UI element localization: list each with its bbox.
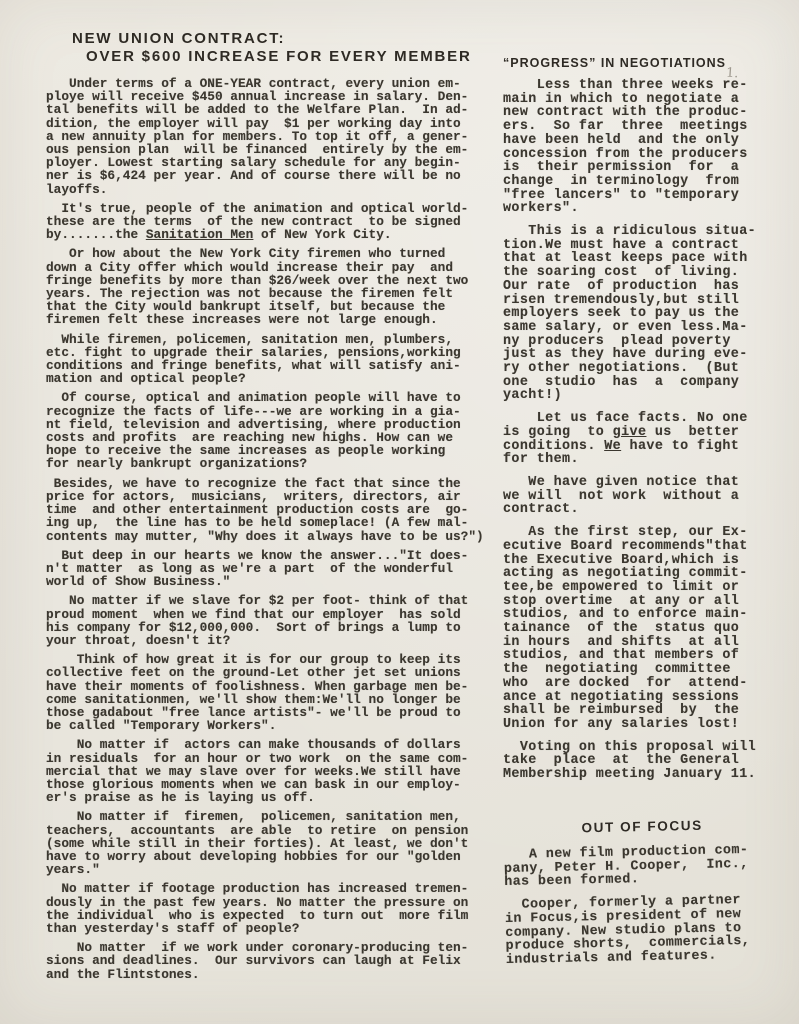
left-headline: NEW UNION CONTRACT: OVER $600 INCREASE F…	[46, 30, 494, 65]
out-of-focus-section: OUT OF FOCUS A new film production com- …	[503, 816, 784, 967]
paragraph: No matter if we slave for $2 per foot- t…	[46, 594, 494, 647]
paragraph: A new film production com- pany, Peter H…	[504, 843, 783, 890]
paragraph: Besides, we have to recognize the fact t…	[46, 477, 494, 543]
paragraph: Less than three weeks re- main in which …	[503, 79, 781, 216]
paragraph: But deep in our hearts we know the answe…	[46, 549, 494, 589]
paragraph: Voting on this proposal will take place …	[503, 741, 781, 782]
paragraph: Of course, optical and animation people …	[46, 391, 494, 470]
progress-headline: “PROGRESS” IN NEGOTIATIONS	[503, 56, 781, 70]
paragraph: Think of how great it is for our group t…	[46, 653, 494, 732]
paragraph: This is a ridiculous situa- tion.We must…	[503, 225, 781, 403]
out-of-focus-paragraphs: A new film production com- pany, Peter H…	[504, 843, 784, 967]
out-of-focus-headline: OUT OF FOCUS	[503, 816, 781, 837]
paragraph: No matter if we work under coronary-prod…	[46, 941, 494, 981]
paragraph: We have given notice that we will not wo…	[503, 476, 781, 517]
left-headline-line1: NEW UNION CONTRACT:	[46, 30, 494, 48]
left-headline-line2: OVER $600 INCREASE FOR EVERY MEMBER	[46, 48, 494, 66]
paragraph: Or how about the New York City firemen w…	[46, 247, 494, 326]
right-column: “PROGRESS” IN NEGOTIATIONS Less than thr…	[503, 56, 781, 976]
paragraph: Cooper, formerly a partner in Focus,is p…	[505, 893, 784, 967]
right-column-paragraphs: Less than three weeks re- main in which …	[503, 79, 781, 782]
paragraph: No matter if footage production has incr…	[46, 882, 494, 935]
paragraph: No matter if actors can make thousands o…	[46, 738, 494, 804]
paragraph: Under terms of a ONE-YEAR contract, ever…	[46, 77, 494, 196]
paragraph: It's true, people of the animation and o…	[46, 202, 494, 242]
paragraph: Let us face facts. No one is going to gi…	[503, 412, 781, 467]
newsletter-page: 1. NEW UNION CONTRACT: OVER $600 INCREAS…	[0, 0, 799, 1024]
paragraph: While firemen, policemen, sanitation men…	[46, 333, 494, 386]
paragraph: As the first step, our Ex- ecutive Board…	[503, 526, 781, 732]
paragraph: No matter if firemen, policemen, sanitat…	[46, 810, 494, 876]
left-column: NEW UNION CONTRACT: OVER $600 INCREASE F…	[46, 30, 494, 987]
left-column-paragraphs: Under terms of a ONE-YEAR contract, ever…	[46, 77, 494, 981]
